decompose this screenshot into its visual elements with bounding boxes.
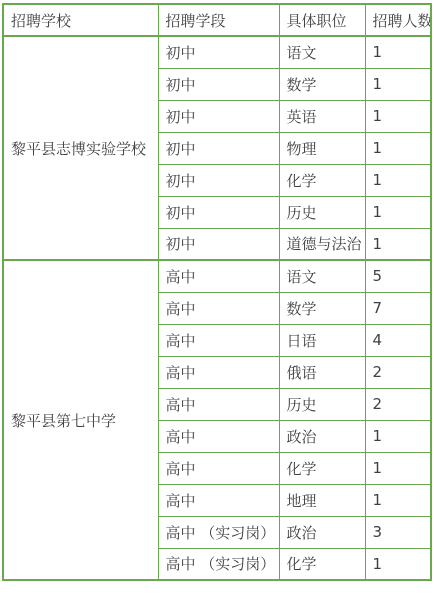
recruitment-table: 招聘学校 招聘学段 具体职位 招聘人数 黎平县志博实验学校初中语文1初中数学1初… — [2, 3, 432, 581]
stage-cell: 初中 — [158, 68, 279, 100]
column-header-position: 具体职位 — [279, 4, 365, 36]
position-cell: 英语 — [279, 100, 365, 132]
position-cell: 数学 — [279, 68, 365, 100]
stage-cell: 初中 — [158, 100, 279, 132]
stage-cell: 高中 （实习岗） — [158, 548, 279, 580]
position-cell: 化学 — [279, 548, 365, 580]
count-cell: 1 — [365, 36, 431, 68]
position-cell: 历史 — [279, 388, 365, 420]
count-cell: 1 — [365, 132, 431, 164]
stage-cell: 初中 — [158, 132, 279, 164]
count-cell: 1 — [365, 100, 431, 132]
count-cell: 2 — [365, 356, 431, 388]
stage-cell: 初中 — [158, 228, 279, 260]
position-cell: 化学 — [279, 164, 365, 196]
column-header-count: 招聘人数 — [365, 4, 431, 36]
count-cell: 1 — [365, 68, 431, 100]
stage-cell: 高中 （实习岗） — [158, 516, 279, 548]
stage-cell: 高中 — [158, 452, 279, 484]
header-row: 招聘学校 招聘学段 具体职位 招聘人数 — [3, 4, 431, 36]
position-cell: 政治 — [279, 420, 365, 452]
stage-cell: 高中 — [158, 260, 279, 292]
count-cell: 4 — [365, 324, 431, 356]
count-cell: 1 — [365, 484, 431, 516]
page: 招聘学校 招聘学段 具体职位 招聘人数 黎平县志博实验学校初中语文1初中数学1初… — [0, 0, 434, 613]
position-cell: 化学 — [279, 452, 365, 484]
school-name-cell: 黎平县第七中学 — [3, 260, 158, 580]
position-cell: 政治 — [279, 516, 365, 548]
stage-cell: 高中 — [158, 324, 279, 356]
table-header: 招聘学校 招聘学段 具体职位 招聘人数 — [3, 4, 431, 36]
position-cell: 语文 — [279, 260, 365, 292]
count-cell: 1 — [365, 228, 431, 260]
stage-cell: 初中 — [158, 196, 279, 228]
count-cell: 1 — [365, 548, 431, 580]
stage-cell: 高中 — [158, 388, 279, 420]
table-row: 黎平县志博实验学校初中语文1 — [3, 36, 431, 68]
position-cell: 语文 — [279, 36, 365, 68]
column-header-school: 招聘学校 — [3, 4, 158, 36]
position-cell: 俄语 — [279, 356, 365, 388]
stage-cell: 高中 — [158, 484, 279, 516]
count-cell: 1 — [365, 420, 431, 452]
position-cell: 地理 — [279, 484, 365, 516]
position-cell: 历史 — [279, 196, 365, 228]
position-cell: 日语 — [279, 324, 365, 356]
school-name-cell: 黎平县志博实验学校 — [3, 36, 158, 260]
count-cell: 7 — [365, 292, 431, 324]
column-header-stage: 招聘学段 — [158, 4, 279, 36]
stage-cell: 高中 — [158, 420, 279, 452]
stage-cell: 高中 — [158, 292, 279, 324]
count-cell: 5 — [365, 260, 431, 292]
stage-cell: 初中 — [158, 36, 279, 68]
count-cell: 2 — [365, 388, 431, 420]
stage-cell: 高中 — [158, 356, 279, 388]
position-cell: 数学 — [279, 292, 365, 324]
table-body: 黎平县志博实验学校初中语文1初中数学1初中英语1初中物理1初中化学1初中历史1初… — [3, 36, 431, 580]
position-cell: 道德与法治 — [279, 228, 365, 260]
count-cell: 1 — [365, 196, 431, 228]
count-cell: 3 — [365, 516, 431, 548]
stage-cell: 初中 — [158, 164, 279, 196]
position-cell: 物理 — [279, 132, 365, 164]
table-row: 黎平县第七中学高中语文5 — [3, 260, 431, 292]
count-cell: 1 — [365, 164, 431, 196]
count-cell: 1 — [365, 452, 431, 484]
